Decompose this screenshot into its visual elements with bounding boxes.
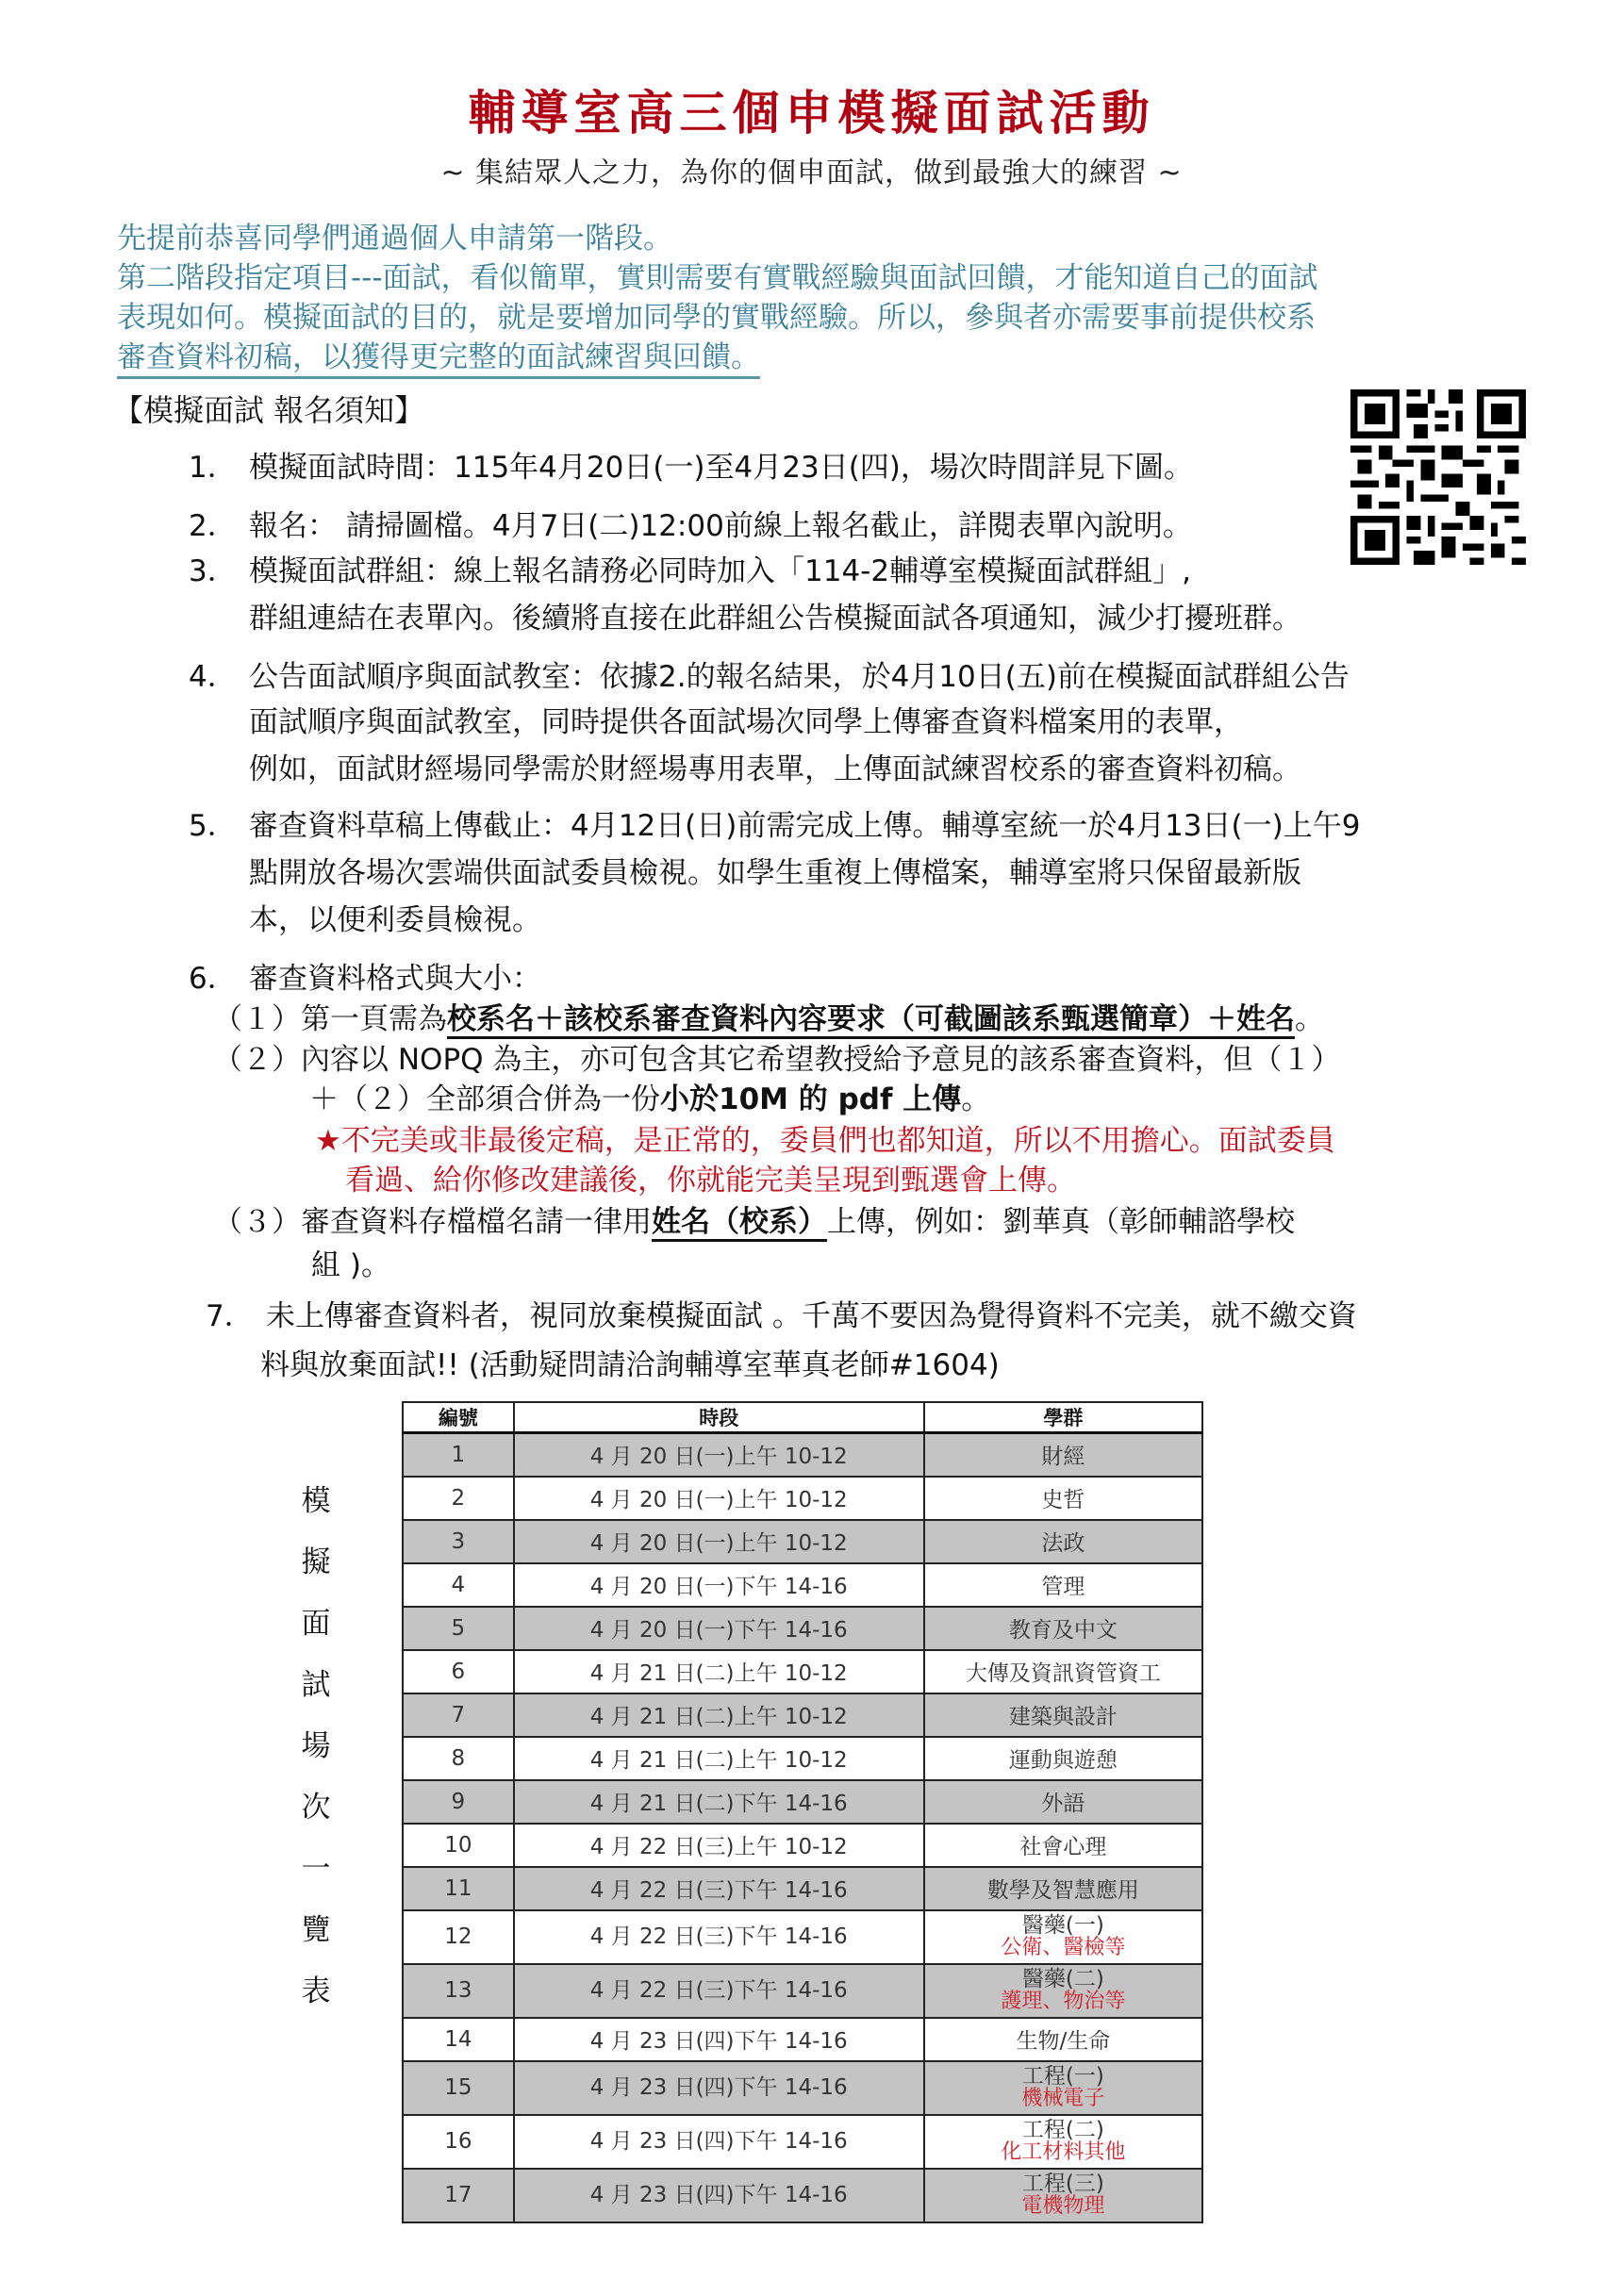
page-subtitle: ~ 集結眾人之力，為你的個申面試，做到最強大的練習 ~ [0, 149, 1623, 190]
table-row: 74 月 21 日(二)上午 10-12建築與設計 [403, 1693, 1202, 1737]
column-header-time: 時段 [514, 1402, 924, 1433]
notice-item-4: 4．公告面試順序與面試教室：依據2.的報名結果，於4月10日(五)前在模擬面試群… [189, 652, 1350, 695]
intro-paragraph: 先提前恭喜同學們通過個人申請第一階段。 第二階段指定項目---面試，看似簡單，實… [117, 219, 1494, 377]
schedule-table: 編號 時段 學群 14 月 20 日(一)上午 10-12財經 24 月 20 … [402, 1401, 1203, 2223]
table-row: 164 月 23 日(四)下午 14-16工程(二)化工材料其他 [403, 2115, 1202, 2169]
reassurance-note-cont: 看過、給你修改建議後，你就能完美呈現到甄選會上傳。 [345, 1156, 1076, 1198]
notice-item-5-cont: 點開放各場次雲端供面試委員檢視。如學生重複上傳檔案，輔導室將只保留最新版 [249, 849, 1301, 891]
table-row: 174 月 23 日(四)下午 14-16工程(三)電機物理 [403, 2169, 1202, 2222]
notice-title: 【模擬面試 報名須知】 [113, 387, 424, 430]
intro-line: 審查資料初稿，以獲得更完整的面試練習與回饋。 [117, 338, 1494, 377]
notice-item-2: 2．報名： 請掃圖檔。4月7日(二)12:00前線上報名截止，詳閱表單內說明。 [189, 502, 1192, 544]
notice-item-7-cont: 料與放棄面試!! (活動疑問請洽詢輔導室華真老師#1604) [260, 1341, 1000, 1383]
table-row: 154 月 23 日(四)下午 14-16工程(一)機械電子 [403, 2061, 1202, 2115]
table-row: 54 月 20 日(一)下午 14-16教育及中文 [403, 1607, 1202, 1650]
table-row: 24 月 20 日(一)上午 10-12史哲 [403, 1477, 1202, 1520]
notice-item-4-cont: 例如，面試財經場同學需於財經場專用表單，上傳面試練習校系的審查資料初稿。 [249, 745, 1301, 787]
notice-item-6-sub-1: （１）第一頁需為校系名＋該校系審查資料內容要求（可截圖該系甄選簡章）＋姓名。 [213, 995, 1324, 1037]
notice-item-6: 6．審查資料格式與大小： [189, 954, 541, 997]
table-row: 64 月 21 日(二)上午 10-12大傳及資訊資管資工 [403, 1650, 1202, 1693]
table-row: 34 月 20 日(一)上午 10-12法政 [403, 1520, 1202, 1563]
table-row: 14 月 20 日(一)上午 10-12財經 [403, 1433, 1202, 1477]
table-row: 144 月 23 日(四)下午 14-16生物/生命 [403, 2018, 1202, 2061]
intro-line: 先提前恭喜同學們通過個人申請第一階段。 [117, 219, 1494, 258]
notice-item-4-cont: 面試順序與面試教室，同時提供各面試場次同學上傳審查資料檔案用的表單， [249, 698, 1243, 740]
column-header-group: 學群 [924, 1402, 1202, 1433]
page-title: 輔導室高三個申模擬面試活動 [0, 75, 1623, 143]
table-row: 104 月 22 日(三)上午 10-12社會心理 [403, 1824, 1202, 1867]
table-row: 124 月 22 日(三)下午 14-16醫藥(一)公衛、醫檢等 [403, 1910, 1202, 1964]
intro-line-last: 審查資料初稿，以獲得更完整的面試練習與回饋。 [117, 340, 760, 379]
schedule-side-label: 模 擬 面 試 場 次 一 覽 表 [297, 1480, 335, 2032]
notice-item-7: 7．未上傳審查資料者，視同放棄模擬面試 。千萬不要因為覺得資料不完美，就不繳交資 [206, 1292, 1357, 1334]
table-header-row: 編號 時段 學群 [403, 1402, 1202, 1433]
notice-item-6-sub-2-cont: ＋（２）全部須合併為一份小於10M 的 pdf 上傳。 [309, 1075, 990, 1117]
notice-item-6-sub-2: （２）內容以 NOPQ 為主，亦可包含其它希望教授給予意見的該系審查資料，但（１… [213, 1035, 1340, 1078]
intro-line: 表現如何。模擬面試的目的，就是要增加同學的實戰經驗。所以，參與者亦需要事前提供校… [117, 298, 1494, 338]
notice-item-6-sub-3: （３）審查資料存檔檔名請一律用姓名（校系）上傳，例如：劉華真（彰師輔諮學校 [213, 1198, 1295, 1240]
intro-line: 第二階段指定項目---面試，看似簡單，實則需要有實戰經驗與面試回饋，才能知道自己… [117, 258, 1494, 298]
reassurance-note: ★不完美或非最後定稿，是正常的，委員們也都知道，所以不用擔心。面試委員 [315, 1116, 1335, 1159]
notice-item-3-cont: 群組連結在表單內。後續將直接在此群組公告模擬面試各項通知，減少打擾班群。 [249, 594, 1301, 636]
notice-item-1: 1．模擬面試時間：115年4月20日(一)至4月23日(四)，場次時間詳見下圖。 [189, 443, 1193, 486]
notice-item-6-sub-3-cont: 組 )。 [311, 1241, 390, 1283]
table-row: 114 月 22 日(三)下午 14-16數學及智慧應用 [403, 1867, 1202, 1910]
column-header-number: 編號 [403, 1402, 514, 1433]
notice-item-5-cont: 本，以便利委員檢視。 [249, 896, 541, 938]
table-row: 134 月 22 日(三)下午 14-16醫藥(二)護理、物治等 [403, 1964, 1202, 2018]
table-row: 84 月 21 日(二)上午 10-12運動與遊憩 [403, 1737, 1202, 1780]
notice-item-5: 5．審查資料草稿上傳截止：4月12日(日)前需完成上傳。輔導室統一於4月13日(… [189, 801, 1360, 844]
qr-code-icon[interactable] [1350, 388, 1526, 566]
table-row: 94 月 21 日(二)下午 14-16外語 [403, 1780, 1202, 1824]
notice-item-3: 3．模擬面試群組：線上報名請務必同時加入「114-2輔導室模擬面試群組」, [189, 547, 1191, 589]
table-row: 44 月 20 日(一)下午 14-16管理 [403, 1563, 1202, 1607]
